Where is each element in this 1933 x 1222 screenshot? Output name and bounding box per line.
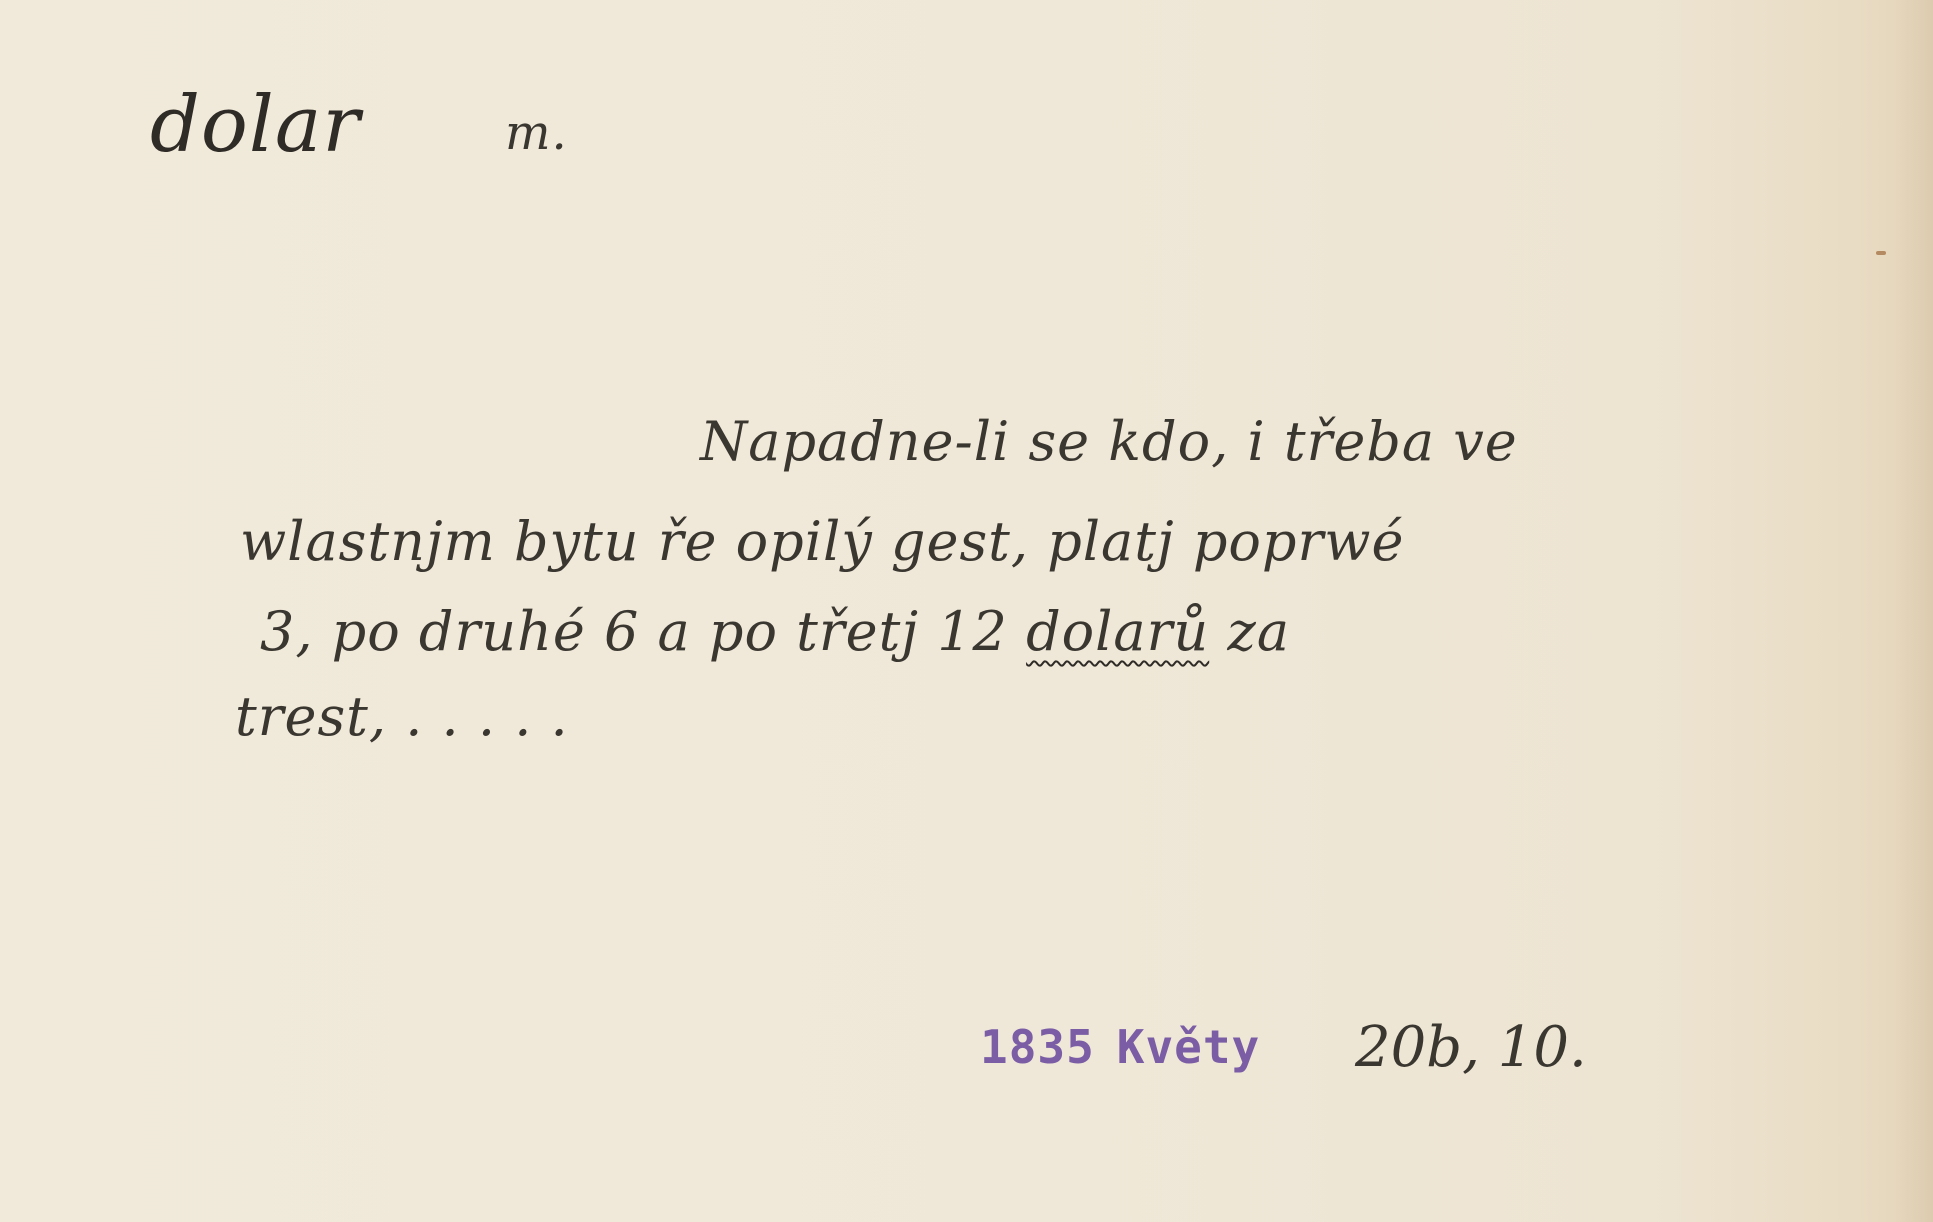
source-stamp: 1835Květy <box>980 1020 1260 1074</box>
source-title: Květy <box>1117 1020 1260 1074</box>
underlined-headword-occurrence: dolarů <box>1026 600 1209 663</box>
index-card: dolar m. Napadne-li se kdo, i třeba ve w… <box>0 0 1933 1222</box>
source-year: 1835 <box>980 1020 1095 1074</box>
headword: dolar <box>150 80 361 170</box>
citation-line-3: 3, po druhé 6 a po třetj 12 dolarů za <box>260 600 1290 663</box>
citation-line-3-before: 3, po druhé 6 a po třetj 12 <box>260 600 1026 663</box>
citation-line-2: wlastnjm bytu ře opilý gest, platj poprw… <box>240 510 1404 573</box>
citation-line-4: trest, . . . . . <box>235 685 569 748</box>
page-reference: 20b, 10. <box>1355 1015 1587 1080</box>
citation-line-3-after: za <box>1209 600 1290 663</box>
citation-line-1: Napadne-li se kdo, i třeba ve <box>700 410 1518 473</box>
paper-stain <box>1876 251 1886 255</box>
grammatical-gender: m. <box>505 105 568 161</box>
